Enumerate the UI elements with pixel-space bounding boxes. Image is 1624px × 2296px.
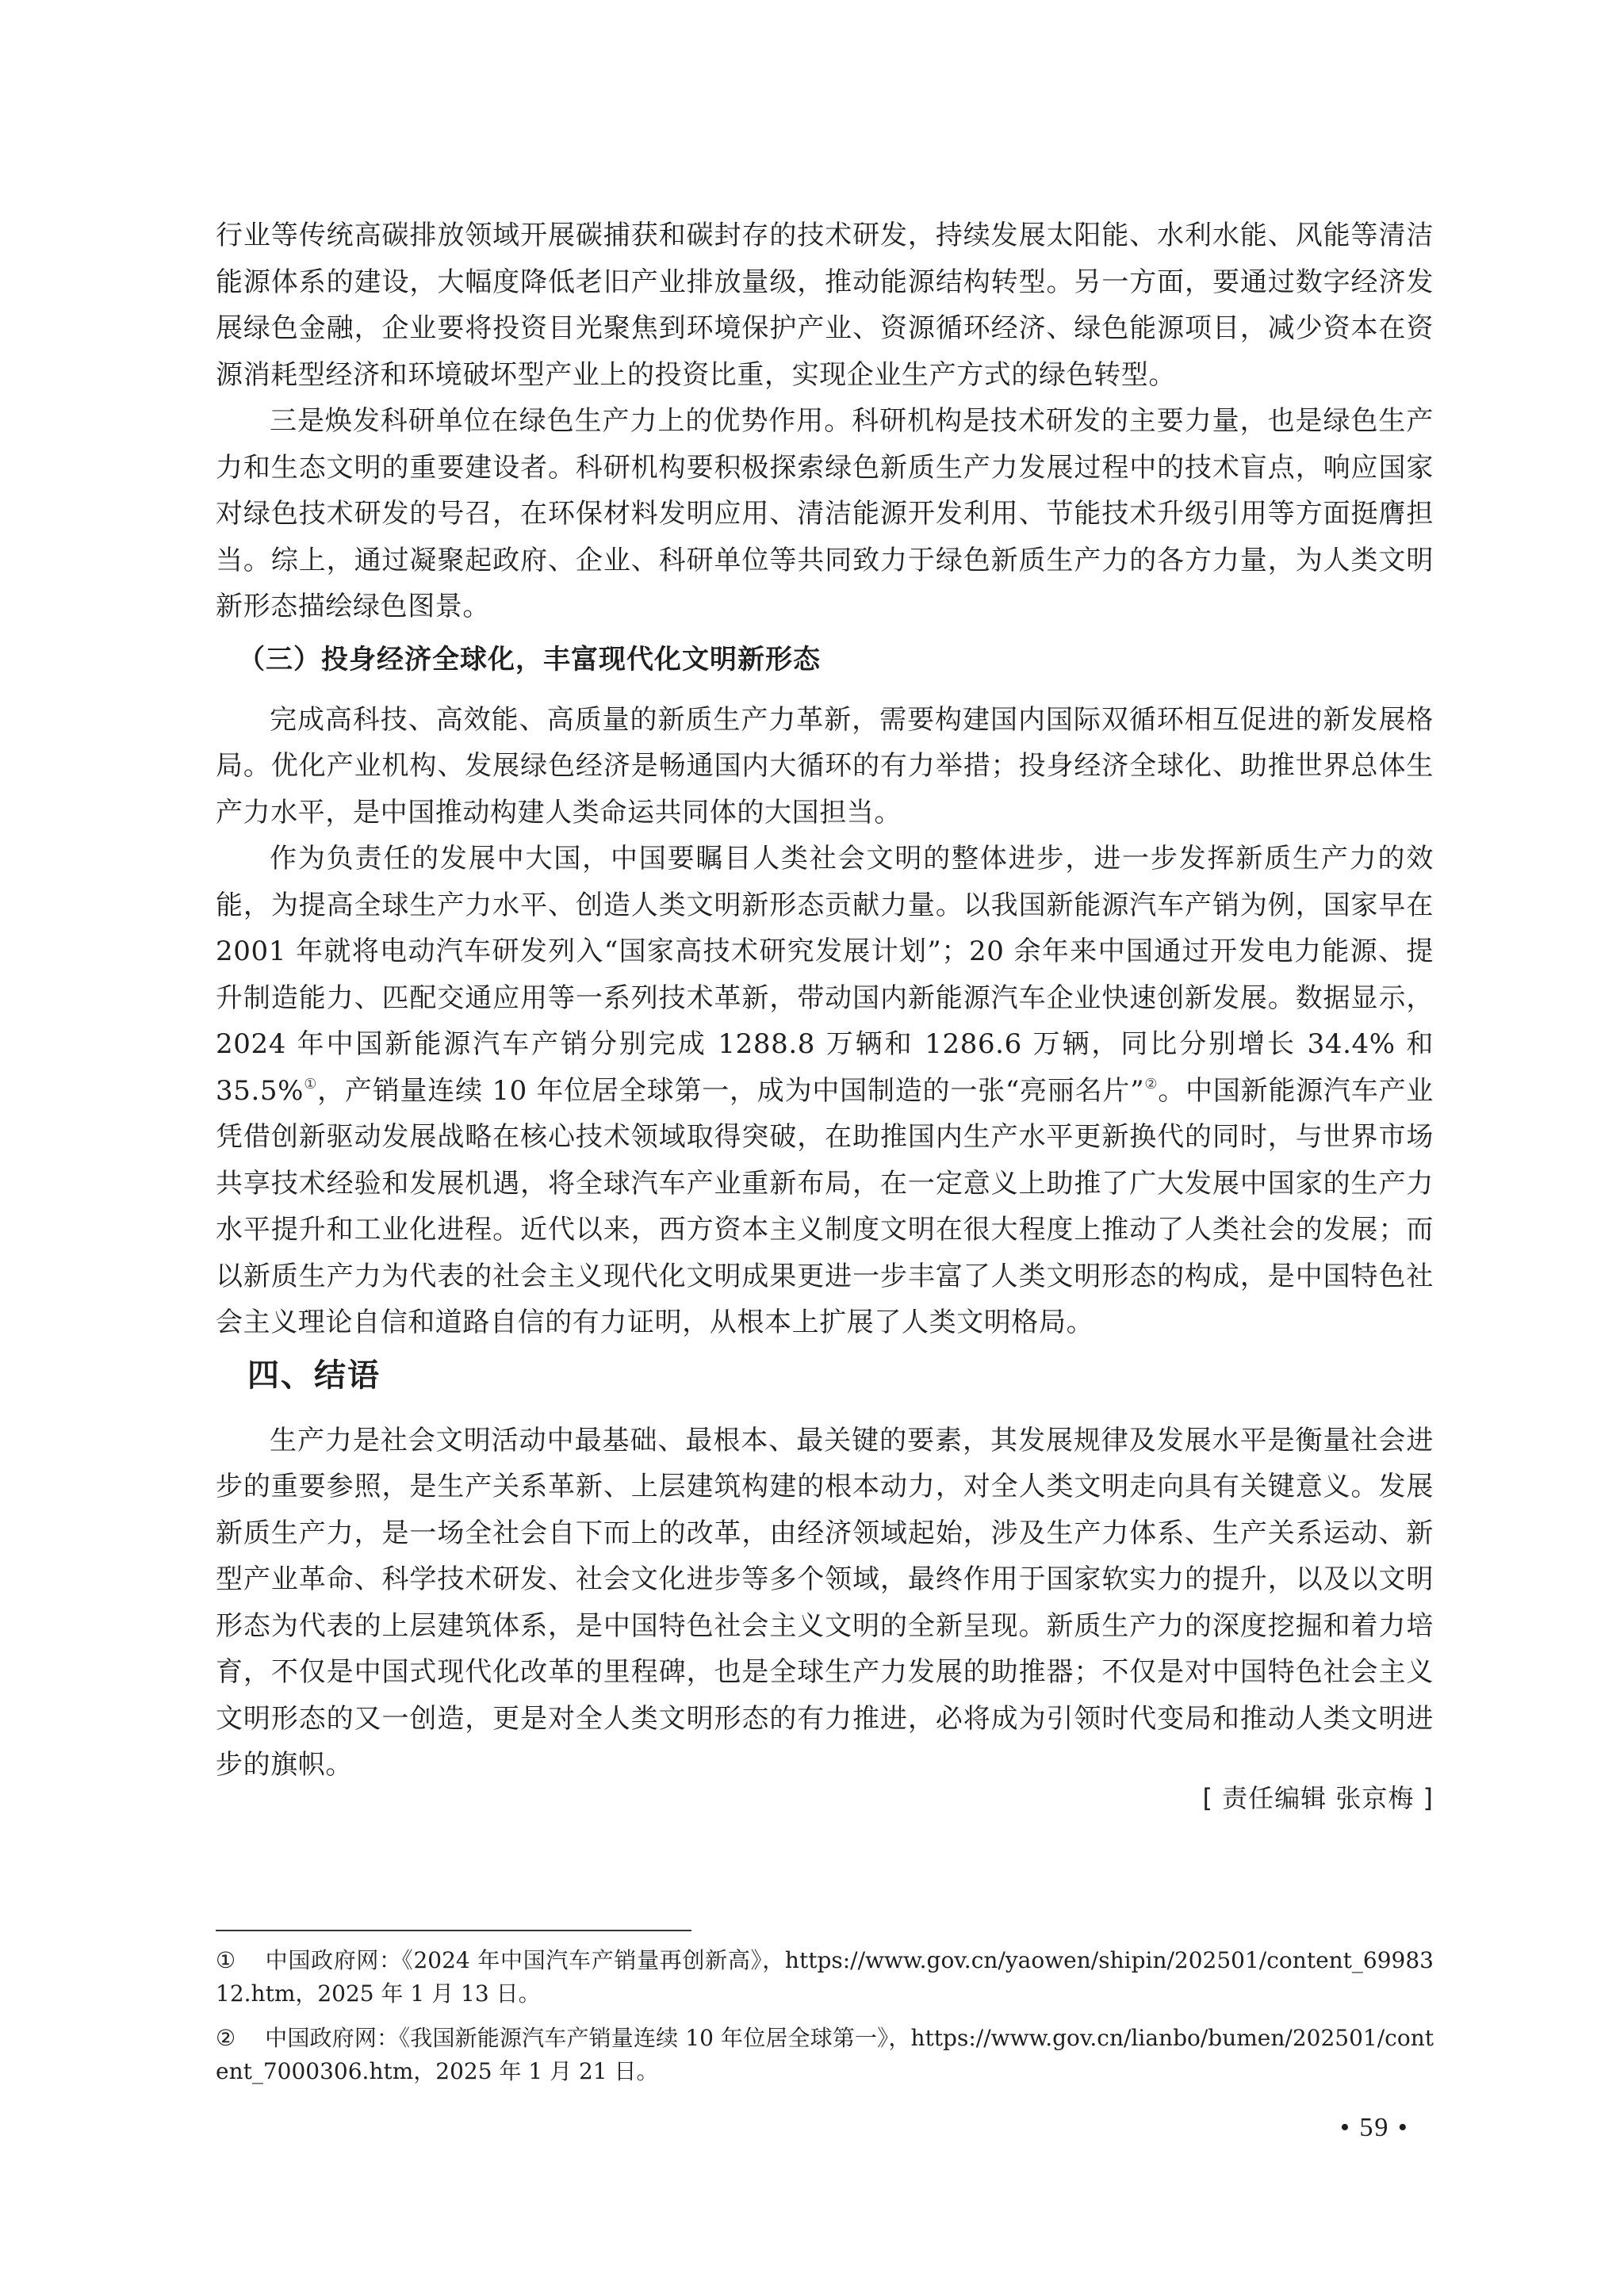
footnote-ref-2[interactable]: ② [1144,1076,1158,1093]
paragraph-conclusion: 生产力是社会文明活动中最基础、最根本、最关键的要素，其发展规律及发展水平是衡量社… [216,1418,1434,1789]
paragraph-nev-text-3: 。中国新能源汽车产业凭借创新驱动发展战略在核心技术领域取得突破，在助推国内生产水… [216,1075,1434,1339]
footnote-1: ①中国政府网：《2024 年中国汽车产销量再创新高》，https://www.g… [216,1944,1434,2011]
article-body: 行业等传统高碳排放领域开展碳捕获和碳封存的技术研发，持续发展太阳能、水利水能、风… [216,212,1434,1789]
responsible-editor-note: [ 责任编辑 张京梅 ] [1203,1778,1434,1815]
paragraph-research-units: 三是焕发科研单位在绿色生产力上的优势作用。科研机构是技术研发的主要力量，也是绿色… [216,398,1434,630]
footnotes: ①中国政府网：《2024 年中国汽车产销量再创新高》，https://www.g… [216,1944,1434,2099]
paragraph-nev-text-2: ，产销量连续 10 年位居全球第一，成为中国制造的一张“亮丽名片” [317,1075,1144,1107]
paragraph-nev-example: 作为负责任的发展中大国，中国要瞩目人类社会文明的整体进步，进一步发挥新质生产力的… [216,836,1434,1346]
footnote-text-1: 中国政府网：《2024 年中国汽车产销量再创新高》，https://www.go… [216,1947,1434,2007]
footnote-text-2: 中国政府网：《我国新能源汽车产销量连续 10 年位居全球第一》，https://… [216,2025,1434,2084]
section-heading-conclusion: 四、结语 [216,1351,1434,1400]
footnote-divider [216,1930,691,1931]
footnote-2: ②中国政府网：《我国新能源汽车产销量连续 10 年位居全球第一》，https:/… [216,2022,1434,2088]
footnote-marker-1: ① [216,1944,265,1977]
paragraph-nev-text-1: 作为负责任的发展中大国，中国要瞩目人类社会文明的整体进步，进一步发挥新质生产力的… [216,843,1434,1107]
paragraph-carbon-transition: 行业等传统高碳排放领域开展碳捕获和碳封存的技术研发，持续发展太阳能、水利水能、风… [216,212,1434,398]
paragraph-dual-circulation: 完成高科技、高效能、高质量的新质生产力革新，需要构建国内国际双循环相互促进的新发… [216,697,1434,836]
footnote-marker-2: ② [216,2022,265,2055]
footnote-ref-1[interactable]: ① [304,1076,317,1093]
page-number: • 59 • [1340,2113,1409,2143]
subheading-globalization: （三）投身经济全球化，丰富现代化文明新形态 [216,637,1434,683]
